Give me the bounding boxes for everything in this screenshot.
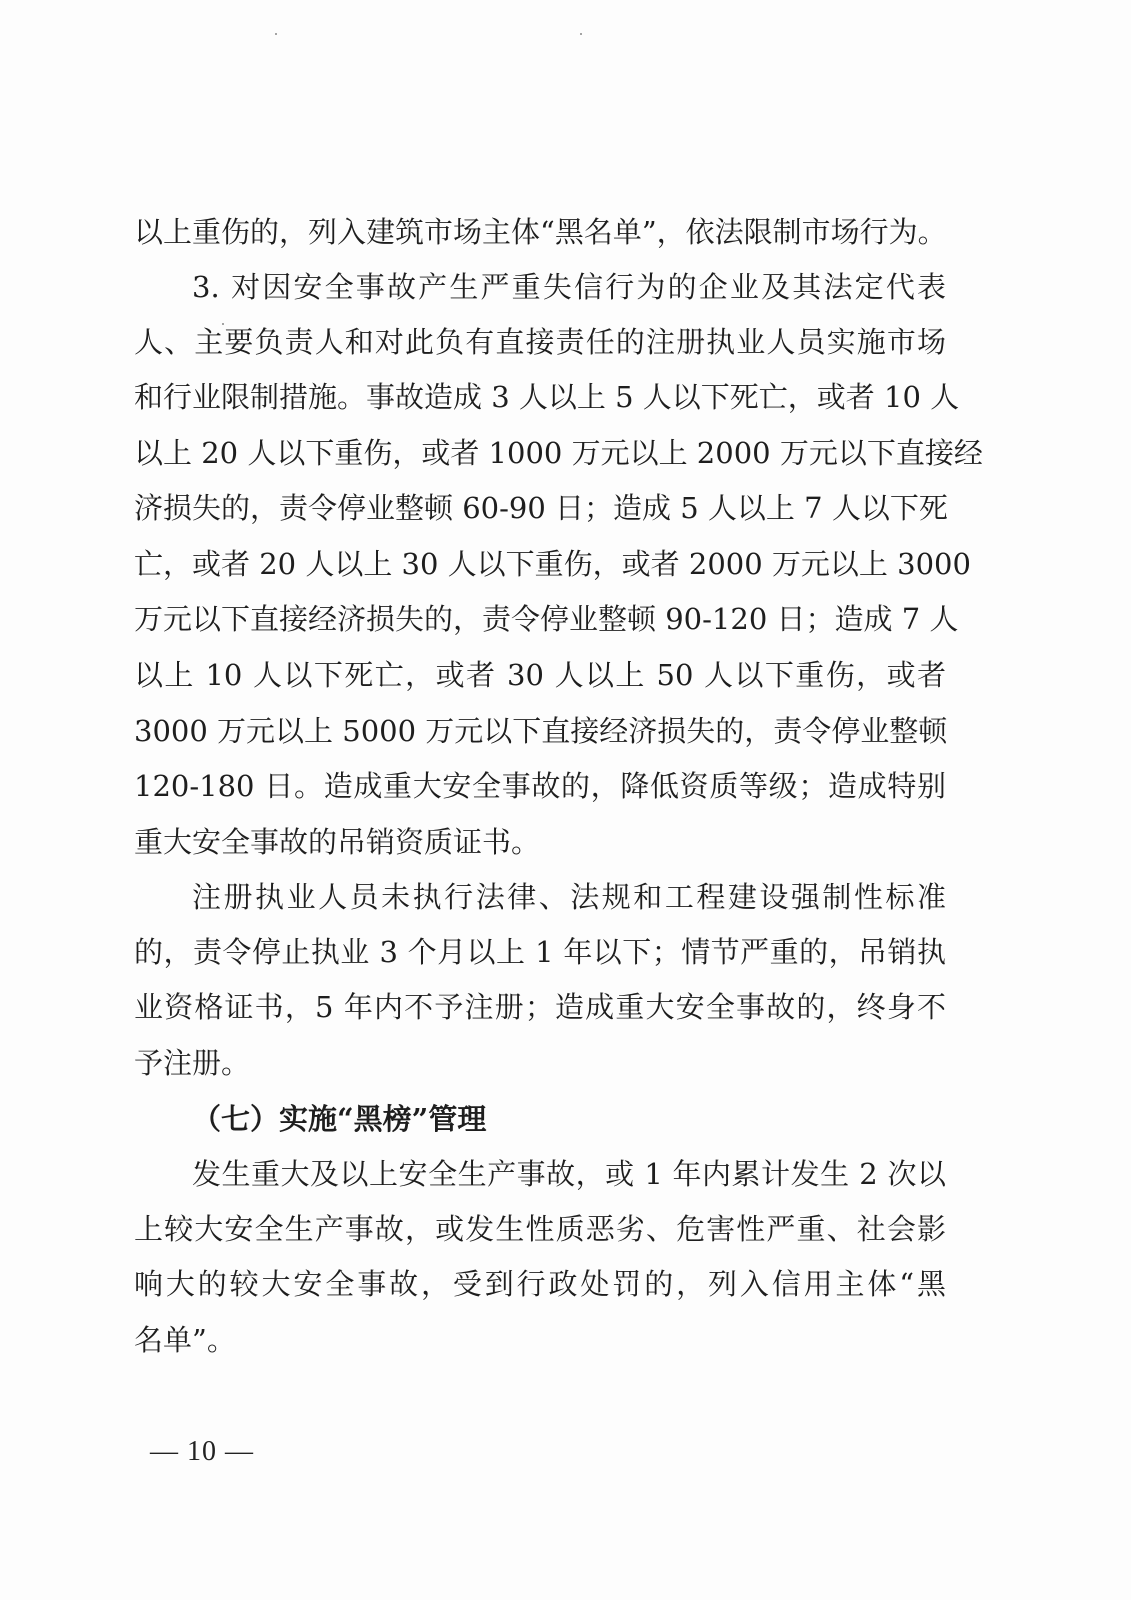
text-line: 120-180 日。造成重大安全事故的，降低资质等级；造成特别 — [134, 766, 946, 806]
section-heading: （七）实施“黑榜”管理 — [192, 1099, 946, 1139]
text-line: 济损失的，责令停业整顿 60-90 日；造成 5 人以上 7 人以下死 — [134, 488, 946, 528]
text-line: 上较大安全生产事故，或发生性质恶劣、危害性严重、社会影 — [134, 1209, 946, 1249]
text-line: 注册执业人员未执行法律、法规和工程建设强制性标准 — [192, 877, 946, 917]
text-line: 名单”。 — [134, 1320, 946, 1360]
text-line: 3. 对因安全事故产生严重失信行为的企业及其法定代表 — [192, 267, 946, 307]
scan-speck — [580, 33, 582, 35]
text-line: 和行业限制措施。事故造成 3 人以上 5 人以下死亡，或者 10 人 — [134, 377, 946, 417]
text-line: 响大的较大安全事故，受到行政处罚的，列入信用主体“黑 — [134, 1264, 946, 1304]
document-page: 以上重伤的，列入建筑市场主体“黑名单”，依法限制市场行为。 3. 对因安全事故产… — [0, 0, 1131, 1600]
text-line: 的，责令停止执业 3 个月以上 1 年以下；情节严重的，吊销执 — [134, 932, 946, 972]
text-line: 以上重伤的，列入建筑市场主体“黑名单”，依法限制市场行为。 — [134, 212, 946, 252]
scan-speck — [275, 33, 277, 35]
text-line: 万元以下直接经济损失的，责令停业整顿 90-120 日；造成 7 人 — [134, 599, 946, 639]
text-line: 以上 10 人以下死亡，或者 30 人以上 50 人以下重伤，或者 — [134, 655, 946, 695]
page-number: — 10 — — [150, 1434, 254, 1470]
text-line: 重大安全事故的吊销资质证书。 — [134, 822, 946, 862]
scan-speck — [222, 323, 224, 325]
text-line: 业资格证书，5 年内不予注册；造成重大安全事故的，终身不 — [134, 987, 946, 1027]
text-line: 予注册。 — [134, 1043, 946, 1083]
text-line: 以上 20 人以下重伤，或者 1000 万元以上 2000 万元以下直接经 — [134, 433, 946, 473]
text-line: 亡，或者 20 人以上 30 人以下重伤，或者 2000 万元以上 3000 — [134, 544, 946, 584]
text-line: 人、主要负责人和对此负有直接责任的注册执业人员实施市场 — [134, 322, 946, 362]
text-line: 3000 万元以上 5000 万元以下直接经济损失的，责令停业整顿 — [134, 711, 946, 751]
text-line: 发生重大及以上安全生产事故，或 1 年内累计发生 2 次以 — [192, 1154, 946, 1194]
